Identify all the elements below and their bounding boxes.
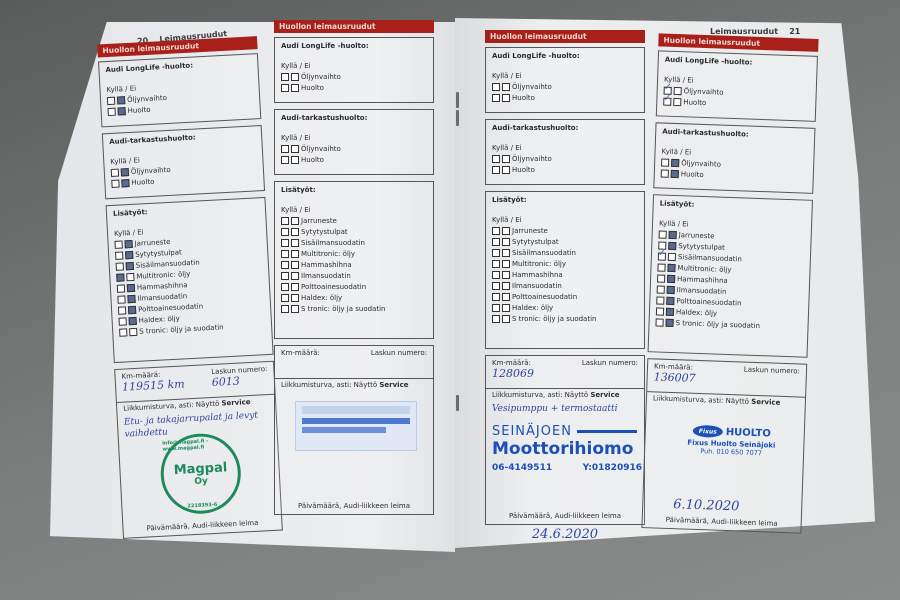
- check-row: Hammashihna: [492, 271, 638, 279]
- check-row: Jarruneste: [281, 217, 427, 225]
- checkbox[interactable]: [659, 230, 667, 238]
- checkbox[interactable]: [119, 328, 127, 336]
- checkbox[interactable]: [655, 318, 663, 326]
- checkbox[interactable]: [502, 271, 510, 279]
- checkbox[interactable]: [281, 250, 289, 258]
- checkbox[interactable]: [667, 264, 675, 272]
- checkbox[interactable]: [117, 96, 125, 104]
- km-value: 119515 km: [122, 377, 185, 393]
- checkbox[interactable]: [126, 262, 134, 270]
- yes-no-label: Kyllä / Ei: [281, 62, 427, 70]
- section-banner: Huollon leimausruudut: [274, 20, 434, 33]
- checkbox[interactable]: [502, 282, 510, 290]
- item-label: S tronic: öljy ja suodatin: [301, 305, 385, 313]
- checkbox[interactable]: [666, 308, 674, 316]
- item-label: Haldex: öljy: [512, 304, 553, 312]
- checkbox[interactable]: [667, 275, 675, 283]
- checkbox[interactable]: [657, 263, 665, 271]
- box-title: Audi-tarkastushuolto:: [281, 114, 427, 122]
- checkbox[interactable]: [281, 272, 289, 280]
- item-label: Haldex: öljy: [138, 315, 180, 325]
- checkbox[interactable]: [291, 250, 299, 258]
- checkbox[interactable]: [126, 273, 134, 281]
- checkbox[interactable]: [657, 274, 665, 282]
- checkbox[interactable]: [502, 166, 510, 174]
- check-row: Öljynvaihto: [281, 145, 427, 153]
- checkbox[interactable]: [492, 271, 500, 279]
- longlife-box: Audi LongLife -huolto: Kyllä / EiÖljynva…: [274, 37, 434, 103]
- box-title: Audi-tarkastushuolto:: [492, 124, 638, 132]
- checkbox[interactable]: [492, 238, 500, 246]
- check-row: S tronic: öljy ja suodatin: [655, 318, 801, 331]
- item-label: Huolto: [127, 106, 150, 115]
- longlife-box: Audi LongLife -huolto: Kyllä / EiÖljynva…: [98, 53, 261, 127]
- stamp-box: Km-määrä:136007 Laskun numero: Liikkumis…: [641, 358, 807, 533]
- item-label: Öljynvaihto: [131, 166, 171, 176]
- item-label: Multitronic: öljy: [512, 260, 566, 268]
- checkbox[interactable]: [661, 159, 669, 167]
- item-label: Polttoainesuodatin: [301, 283, 366, 291]
- item-label: Öljynvaihto: [684, 87, 724, 96]
- checkbox[interactable]: [291, 239, 299, 247]
- item-label: Sytytystulpat: [678, 242, 725, 252]
- checkbox[interactable]: [656, 296, 664, 304]
- check-row: Haldex: öljy: [281, 294, 427, 302]
- date-stamp-label: Päivämäärä, Audi-liikkeen leima: [486, 512, 644, 520]
- item-label: Öljynvaihto: [301, 73, 341, 81]
- checkbox[interactable]: [116, 273, 124, 281]
- checkbox[interactable]: [281, 73, 289, 81]
- checkbox[interactable]: [661, 170, 669, 178]
- item-label: Hammashihna: [512, 271, 563, 279]
- tarkastus-box: Audi-tarkastushuolto: Kyllä / EiÖljynvai…: [653, 122, 815, 194]
- item-label: S tronic: öljy ja suodatin: [139, 323, 224, 335]
- checkbox[interactable]: [281, 239, 289, 247]
- checkbox[interactable]: [281, 145, 289, 153]
- km-row: Km-määrä:128069 Laskun numero:: [486, 356, 644, 389]
- checkbox[interactable]: [291, 84, 299, 92]
- box-title: Lisätyöt:: [113, 202, 259, 218]
- checkbox[interactable]: [291, 73, 299, 81]
- check-row: Sisäilmansuodatin: [281, 239, 427, 247]
- item-label: Ilmansuodatin: [677, 286, 727, 296]
- checkbox[interactable]: [281, 283, 289, 291]
- km-value: 136007: [653, 370, 695, 384]
- checkbox[interactable]: [502, 304, 510, 312]
- item-label: Haldex: öljy: [676, 308, 717, 317]
- service-entry-2: Huollon leimausruudut Audi LongLife -huo…: [274, 20, 434, 515]
- box-title: Audi LongLife -huolto:: [105, 58, 251, 74]
- checkbox[interactable]: [281, 294, 289, 302]
- checkbox[interactable]: [674, 87, 682, 95]
- checkbox[interactable]: [291, 283, 299, 291]
- check-row: Huolto: [663, 98, 809, 111]
- km-row: Km-määrä:136007 Laskun numero:: [647, 359, 806, 397]
- service-entry-1: Huollon leimausruudut Audi LongLife -huo…: [97, 36, 283, 539]
- item-label: Polttoainesuodatin: [512, 293, 577, 301]
- invoice-label: Laskun numero:: [582, 359, 638, 367]
- tarkastus-box: Audi-tarkastushuolto: Kyllä / EiÖljynvai…: [485, 119, 645, 185]
- checkbox[interactable]: [107, 108, 115, 116]
- mobility-guarantee-label: Liikkumisturva, asti: Näyttö Service: [275, 379, 433, 391]
- yes-no-label: Kyllä / Ei: [492, 72, 638, 80]
- checkbox[interactable]: [502, 293, 510, 301]
- item-label: Huolto: [301, 84, 324, 92]
- item-label: Huolto: [301, 156, 324, 164]
- checkbox[interactable]: [116, 262, 124, 270]
- checkbox[interactable]: [117, 107, 125, 115]
- check-row: Huolto: [492, 94, 638, 102]
- item-label: Öljynvaihto: [301, 145, 341, 153]
- yes-no-label: Kyllä / Ei: [492, 216, 638, 224]
- check-row: Sytytystulpat: [281, 228, 427, 236]
- checkbox[interactable]: [492, 282, 500, 290]
- checkbox[interactable]: [492, 249, 500, 257]
- checkbox[interactable]: [492, 83, 500, 91]
- checkbox[interactable]: [671, 159, 679, 167]
- box-title: Audi-tarkastushuolto:: [662, 128, 808, 141]
- checkbox[interactable]: [671, 170, 679, 178]
- checkbox[interactable]: [129, 328, 137, 336]
- checkbox[interactable]: [673, 98, 681, 106]
- item-label: Multitronic: öljy: [136, 270, 190, 281]
- box-title: Lisätyöt:: [660, 200, 806, 213]
- check-row: Huolto: [492, 166, 638, 174]
- checkbox[interactable]: [128, 317, 136, 325]
- checkbox[interactable]: [127, 295, 135, 303]
- km-label: Km-määrä:: [492, 359, 534, 367]
- handwritten-date: 6.10.2020: [673, 497, 740, 514]
- item-label: Jarruneste: [134, 238, 170, 248]
- checkbox[interactable]: [502, 94, 510, 102]
- date-stamp-label: Päivämäärä, Audi-liikkeen leima: [643, 515, 801, 529]
- yes-no-label: Kyllä / Ei: [281, 206, 427, 214]
- checkbox[interactable]: [281, 84, 289, 92]
- extras-box: Lisätyöt: Kyllä / EiJarrunesteSytytystul…: [106, 197, 274, 363]
- page-number: 21: [789, 27, 800, 36]
- item-label: S tronic: öljy ja suodatin: [512, 315, 596, 323]
- checkbox[interactable]: [668, 242, 676, 250]
- tarkastus-box: Audi-tarkastushuolto: Kyllä / EiÖljynvai…: [102, 125, 265, 199]
- checkbox[interactable]: [502, 227, 510, 235]
- checkbox[interactable]: [281, 217, 289, 225]
- checkbox[interactable]: [115, 251, 123, 259]
- checkbox[interactable]: [656, 307, 664, 315]
- checkbox[interactable]: [291, 217, 299, 225]
- checkbox[interactable]: [291, 305, 299, 313]
- service-booklet: 20 Leimausruudut Leimausruudut 21 Huollo…: [0, 0, 900, 600]
- item-label: Huolto: [131, 178, 154, 187]
- check-row: Polttoainesuodatin: [281, 283, 427, 291]
- extras-box: Lisätyöt: Kyllä / EiJarrunesteSytytystul…: [274, 181, 434, 339]
- checkbox[interactable]: [502, 260, 510, 268]
- item-label: Sytytystulpat: [301, 228, 348, 236]
- stamp-box: Km-määrä: Laskun numero: Liikkumisturva,…: [274, 345, 434, 515]
- checkbox[interactable]: [291, 156, 299, 164]
- check-row: S tronic: öljy ja suodatin: [281, 305, 427, 313]
- checkbox[interactable]: [492, 260, 500, 268]
- checkbox[interactable]: [118, 306, 126, 314]
- item-label: Huolto: [683, 98, 706, 107]
- checkbox[interactable]: [291, 261, 299, 269]
- km-row: Km-määrä: Laskun numero:: [275, 346, 433, 379]
- item-label: Jarruneste: [679, 231, 715, 240]
- checkbox[interactable]: [107, 97, 115, 105]
- handwritten-note: Vesipumppu + termostaatti: [486, 401, 644, 417]
- checkbox[interactable]: [492, 315, 500, 323]
- invoice-label: Laskun numero:: [744, 366, 800, 376]
- checkbox[interactable]: [117, 284, 125, 292]
- check-row: Multitronic: öljy: [281, 250, 427, 258]
- checkbox[interactable]: [291, 294, 299, 302]
- check-row: Ilmansuodatin: [492, 282, 638, 290]
- check-row: Huolto: [661, 170, 807, 183]
- date-stamp-label: Päivämäärä, Audi-liikkeen leima: [123, 518, 281, 534]
- check-row: Sytytystulpat: [492, 238, 638, 246]
- staple: [456, 110, 459, 126]
- checkbox[interactable]: [502, 315, 510, 323]
- item-label: Sisäilmansuodatin: [678, 253, 742, 263]
- check-row: S tronic: öljy ja suodatin: [492, 315, 638, 323]
- check-row: Haldex: öljy: [492, 304, 638, 312]
- staple: [456, 395, 459, 411]
- date-stamp-label: Päivämäärä, Audi-liikkeen leima: [275, 502, 433, 510]
- checkbox[interactable]: [492, 94, 500, 102]
- checkbox[interactable]: [492, 304, 500, 312]
- checkbox[interactable]: [502, 155, 510, 163]
- item-label: Sisäilmansuodatin: [301, 239, 365, 247]
- checkbox[interactable]: [121, 168, 129, 176]
- yes-no-label: Kyllä / Ei: [492, 144, 638, 152]
- checkbox[interactable]: [291, 145, 299, 153]
- item-label: Polttoainesuodatin: [138, 302, 204, 313]
- item-label: Huolto: [512, 166, 535, 174]
- checkbox[interactable]: [668, 253, 676, 261]
- check-row: Jarruneste: [492, 227, 638, 235]
- item-label: Hammashihna: [137, 281, 188, 292]
- check-row: Öljynvaihto: [492, 83, 638, 91]
- checkbox[interactable]: [111, 180, 119, 188]
- service-entry-4: Huollon leimausruudut Audi LongLife -huo…: [641, 33, 818, 533]
- item-label: Jarruneste: [301, 217, 337, 225]
- service-entry-3: Huollon leimausruudut Audi LongLife -huo…: [485, 30, 645, 542]
- box-title: Lisätyöt:: [281, 186, 427, 194]
- checkbox[interactable]: [492, 227, 500, 235]
- checkbox[interactable]: [114, 240, 122, 248]
- item-label: Sisäilmansuodatin: [512, 249, 576, 257]
- check-row: Polttoainesuodatin: [492, 293, 638, 301]
- checkbox[interactable]: [281, 228, 289, 236]
- box-title: Audi LongLife -huolto:: [665, 56, 811, 69]
- handwritten-note: [275, 391, 433, 395]
- checkbox[interactable]: [502, 238, 510, 246]
- longlife-box: Audi LongLife -huolto: Kyllä / EiÖljynva…: [485, 47, 645, 113]
- checkbox[interactable]: [291, 228, 299, 236]
- check-row: Ilmansuodatin: [281, 272, 427, 280]
- item-label: Huolto: [681, 170, 704, 179]
- item-label: Ilmansuodatin: [512, 282, 562, 290]
- item-label: Hammashihna: [677, 275, 728, 285]
- checkbox[interactable]: [667, 286, 675, 294]
- box-title: Audi LongLife -huolto:: [281, 42, 427, 50]
- checkbox[interactable]: [666, 297, 674, 305]
- checkbox[interactable]: [669, 231, 677, 239]
- checkbox[interactable]: [281, 261, 289, 269]
- magpal-stamp: info@magpal.fi - www.magpal.fiMagpalOy22…: [159, 432, 243, 516]
- item-label: Öljynvaihto: [127, 94, 167, 104]
- box-title: Lisätyöt:: [492, 196, 638, 204]
- checkbox[interactable]: [502, 249, 510, 257]
- checkbox[interactable]: [111, 169, 119, 177]
- km-label: Km-määrä:: [281, 349, 320, 357]
- staple: [456, 92, 459, 108]
- check-row: Huolto: [281, 156, 427, 164]
- checkbox[interactable]: [658, 252, 666, 260]
- item-label: Haldex: öljy: [301, 294, 342, 302]
- checkbox[interactable]: [118, 317, 126, 325]
- item-label: Öljynvaihto: [681, 159, 721, 168]
- checkbox[interactable]: [502, 83, 510, 91]
- item-label: Sytytystulpat: [512, 238, 559, 246]
- item-label: Ilmansuodatin: [137, 292, 187, 303]
- check-row: Hammashihna: [281, 261, 427, 269]
- box-title: Audi LongLife -huolto:: [492, 52, 638, 60]
- checkbox[interactable]: [127, 284, 135, 292]
- check-row: Öljynvaihto: [492, 155, 638, 163]
- checkbox[interactable]: [665, 319, 673, 327]
- checkbox[interactable]: [125, 251, 133, 259]
- checkbox[interactable]: [291, 272, 299, 280]
- checkbox[interactable]: [281, 305, 289, 313]
- yes-no-label: Kyllä / Ei: [281, 134, 427, 142]
- checkbox[interactable]: [124, 240, 132, 248]
- longlife-box: Audi LongLife -huolto: Kyllä / EiÖljynva…: [656, 50, 818, 122]
- item-label: Hammashihna: [301, 261, 352, 269]
- item-label: Öljynvaihto: [512, 155, 552, 163]
- invoice-value: 6013: [212, 373, 269, 389]
- item-label: Huolto: [512, 94, 535, 102]
- item-label: Sisäilmansuodatin: [136, 258, 200, 269]
- checkbox[interactable]: [492, 293, 500, 301]
- extras-box: Lisätyöt: Kyllä / EiJarrunesteSytytystul…: [485, 191, 645, 349]
- checkbox[interactable]: [663, 98, 671, 106]
- checkbox[interactable]: [281, 156, 289, 164]
- checkbox[interactable]: [492, 166, 500, 174]
- checkbox[interactable]: [657, 285, 665, 293]
- invoice-label: Laskun numero:: [371, 349, 427, 357]
- item-label: Multitronic: öljy: [301, 250, 355, 258]
- box-title: Audi-tarkastushuolto:: [109, 130, 255, 146]
- item-label: Öljynvaihto: [512, 83, 552, 91]
- extras-box: Lisätyöt: Kyllä / EiJarrunesteSytytystul…: [648, 194, 813, 357]
- item-label: Sytytystulpat: [135, 248, 182, 258]
- item-label: Jarruneste: [512, 227, 548, 235]
- km-value: 128069: [492, 367, 534, 380]
- handwritten-date: 24.6.2020: [485, 527, 645, 542]
- check-row: Sisäilmansuodatin: [492, 249, 638, 257]
- check-row: Huolto: [281, 84, 427, 92]
- checkbox[interactable]: [492, 155, 500, 163]
- checkbox[interactable]: [117, 295, 125, 303]
- item-label: Ilmansuodatin: [301, 272, 351, 280]
- check-row: Öljynvaihto: [281, 73, 427, 81]
- item-label: Polttoainesuodatin: [676, 297, 741, 307]
- mobility-guarantee-label: Liikkumisturva, asti: Näyttö Service: [486, 389, 644, 401]
- tarkastus-box: Audi-tarkastushuolto: Kyllä / EiÖljynvai…: [274, 109, 434, 175]
- fixus-stamp: FixusHUOLTOFixus Huolto SeinäjokiPuh. 01…: [671, 424, 792, 458]
- moottorihiomo-stamp: SEINÄJOEN Moottorihiomo06-4149511Y:01820…: [492, 424, 642, 473]
- blurred-stamp: [295, 401, 417, 451]
- checkbox[interactable]: [121, 179, 129, 187]
- section-banner: Huollon leimausruudut: [485, 30, 645, 43]
- item-label: S tronic: öljy ja suodatin: [675, 319, 760, 330]
- item-label: Multitronic: öljy: [677, 264, 731, 274]
- check-row: Multitronic: öljy: [492, 260, 638, 268]
- stamp-box: Km-määrä:119515 km Laskun numero:6013 Li…: [114, 361, 283, 539]
- checkbox[interactable]: [128, 306, 136, 314]
- stamp-box: Km-määrä:128069 Laskun numero: Liikkumis…: [485, 355, 645, 525]
